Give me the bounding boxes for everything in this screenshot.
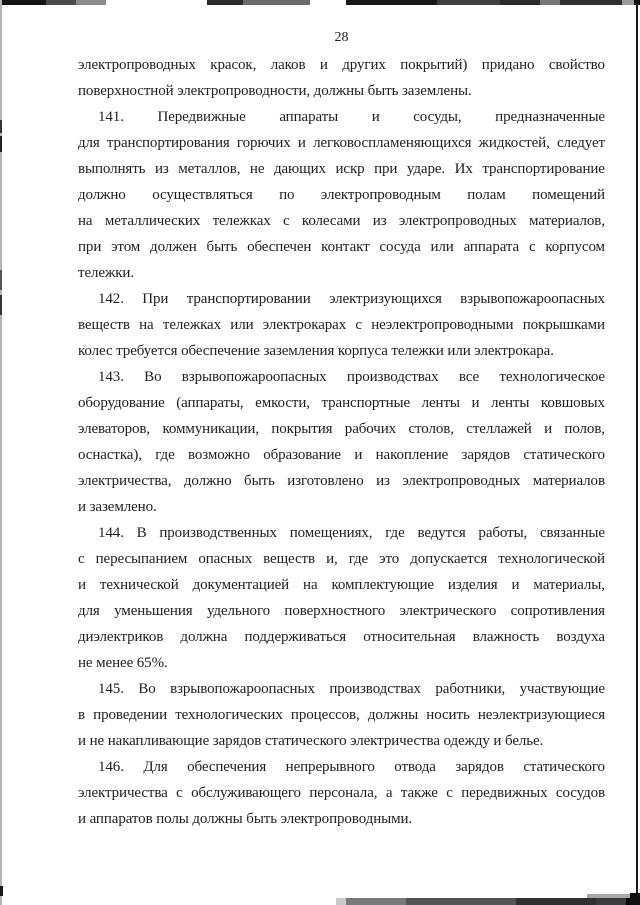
text-line: 144.Впроизводственныхпомещениях,гдеведут… [78, 520, 605, 546]
scan-artifact-bottom-bar [336, 898, 640, 905]
text-line: 143.Вовзрывопожароопасныхпроизводствахвс… [78, 364, 605, 390]
text-line: спересыпаниемопасныхвеществи,гдеэтодопус… [78, 546, 605, 572]
text-line: тележки. [78, 260, 605, 286]
text-line: веществнатележкахилиэлектрокарахснеэлект… [78, 312, 605, 338]
text-line: дляуменьшенияудельногоповерхностногоэлек… [78, 598, 605, 624]
text-line: длятранспортированиягорючихилегковосплам… [78, 130, 605, 156]
scan-artifact-bottom-corner [630, 893, 640, 905]
scan-artifact-left-tick [0, 270, 2, 290]
text-line: оснастка),гдевозможнообразованиеинакопле… [78, 442, 605, 468]
text-line: и аппаратов полы должны быть электропров… [78, 806, 605, 832]
body-text: электропроводныхкрасок,лаковидругихпокры… [78, 52, 605, 832]
text-line: наметаллическихтележкахсколесамиизэлектр… [78, 208, 605, 234]
text-line: не менее 65%. [78, 650, 605, 676]
text-line: электричествасобслуживающегоперсонала,ат… [78, 780, 605, 806]
text-line: приэтомдолженбытьобеспеченконтактсосудаи… [78, 234, 605, 260]
text-line: 141.Передвижныеаппаратыисосуды,предназна… [78, 104, 605, 130]
page-number: 28 [78, 30, 605, 46]
text-line: электричества,должнобытьизготовленоизэле… [78, 468, 605, 494]
scan-artifact-left-tick [0, 295, 2, 315]
text-line: поверхностной электропроводности, должны… [78, 78, 605, 104]
scan-artifact-bottom-left-mark [0, 886, 3, 896]
text-line: должноосуществлятьсяпоэлектропроводнымпо… [78, 182, 605, 208]
text-line: и заземлено. [78, 494, 605, 520]
text-line: диэлектриковдолжнаподдерживатьсяотносите… [78, 624, 605, 650]
text-line: элеваторов,коммуникации,покрытиярабочихс… [78, 416, 605, 442]
text-line: 142.Притранспортированииэлектризующихсяв… [78, 286, 605, 312]
document-page: 28 электропроводныхкрасок,лаковидругихпо… [0, 0, 640, 905]
text-line: итехническойдокументациейнакомплектующие… [78, 572, 605, 598]
text-line: и не накапливающие зарядов статического … [78, 728, 605, 754]
text-line: 146.Дляобеспечениянепрерывногоотводазаря… [78, 754, 605, 780]
text-line: оборудование(аппараты,емкости,транспортн… [78, 390, 605, 416]
scan-artifact-left-tick [0, 136, 2, 152]
text-line: впроведениитехнологическихпроцессов,долж… [78, 702, 605, 728]
scan-artifact-top-bar [0, 0, 640, 5]
scan-artifact-right-edge-line [636, 0, 638, 905]
text-line: электропроводныхкрасок,лаковидругихпокры… [78, 52, 605, 78]
scan-artifact-left-tick [0, 120, 2, 133]
text-line: 145.Вовзрывопожароопасныхпроизводствахра… [78, 676, 605, 702]
text-line: выполнятьизметаллов,недающихискрприударе… [78, 156, 605, 182]
text-line: колес требуется обеспечение заземления к… [78, 338, 605, 364]
